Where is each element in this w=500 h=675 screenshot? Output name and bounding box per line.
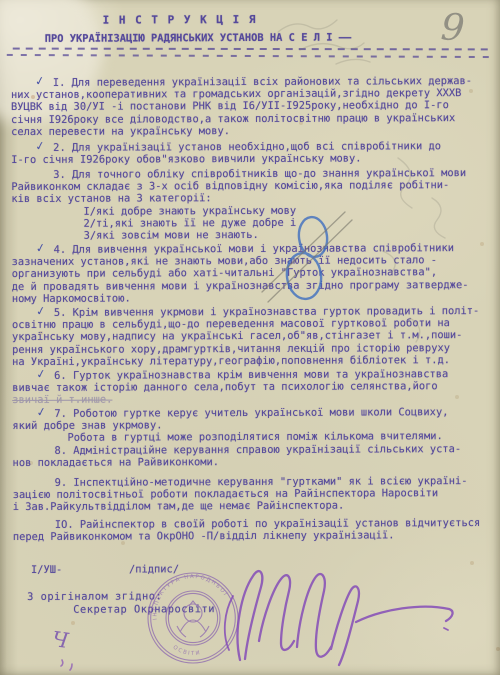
paragraph-5: ✓5. Крім вивчення укрмови і українознавс… [12,305,496,368]
paragraph-container: ✓І. Для переведення українізації всіх ра… [0,0,499,1]
checkmark-ink: ✓ [35,241,47,255]
text-line: перед Райвиконкомом та ОкрОНО -П/відділ … [13,529,497,543]
checkmark-ink: ✓ [34,74,46,88]
paragraph-3: 3. Для точного обліку співробітників що-… [11,167,495,242]
document-subtitle: ПРО УКРАЇНІЗАЦІЮ РАДЯНСЬКИХ УСТАНОВ НА С… [45,32,352,45]
text-line: звичаї й т.инше. [12,392,496,406]
checkmark-ink: ✓ [34,139,46,153]
paragraph-1: ✓І. Для переведення українізації всіх ра… [11,75,495,138]
handwritten-mark: Ч [50,627,69,653]
checkmark-ink: ✓ [35,304,47,318]
page-number-pencil: 9 [440,5,466,50]
footer-signature-placeholder: /підпис/ [129,563,179,575]
paragraph-9: 9. Інспектційно-методичне керування "гур… [13,475,497,514]
paragraph-2: ✓2. Для українізації установ необхідно,щ… [11,140,495,167]
paragraph-4: ✓4. Для вивчення української мови і укра… [12,242,496,305]
scanned-document-page: І Н С Т Р У К Ц І Я ПРО УКРАЇНІЗАЦІЮ РАД… [0,0,500,675]
paragraph-6: ✓6. Гурток українознавства крім вивчення… [12,368,496,407]
text-line: І-го січня І926року обов"язково вивчили … [11,152,495,166]
footer-date: І/УШ- [31,564,62,576]
text-line: на Україні,українську літературу,географ… [12,354,496,368]
typewritten-text-layer: І Н С Т Р У К Ц І Я ПРО УКРАЇНІЗАЦІЮ РАД… [0,0,500,675]
document-title: І Н С Т Р У К Ц І Я [103,13,257,27]
footer-signatory-title: Секретар Окрнаросвіти [73,603,215,616]
dashed-underline-row-2 [7,54,493,59]
paragraph-10: ІО. Райінспектор в своїй роботі по украї… [13,517,497,544]
paragraph-8: 8. Адміністраційне керування справою укр… [12,443,496,470]
checkmark-ink: ✓ [35,405,47,419]
text-line: нов покладається на Райвиконкоми. [13,455,497,469]
dashed-underline-row-1 [13,48,493,51]
text-line: 3/які зовсім мови не знають. [12,228,496,242]
paragraph-7: ✓7. Роботою гуртке керує учитель українс… [12,406,496,445]
footer-certification-line: З орігіналом згідно: [27,590,162,603]
text-line: селах перевести на українську мову. [11,124,495,138]
text-line: ному Наркомосвітою. [12,291,496,305]
text-line: і Зав.Райкультвідділом там,де ще немає Р… [13,499,497,513]
checkmark-ink: ✓ [35,367,47,381]
